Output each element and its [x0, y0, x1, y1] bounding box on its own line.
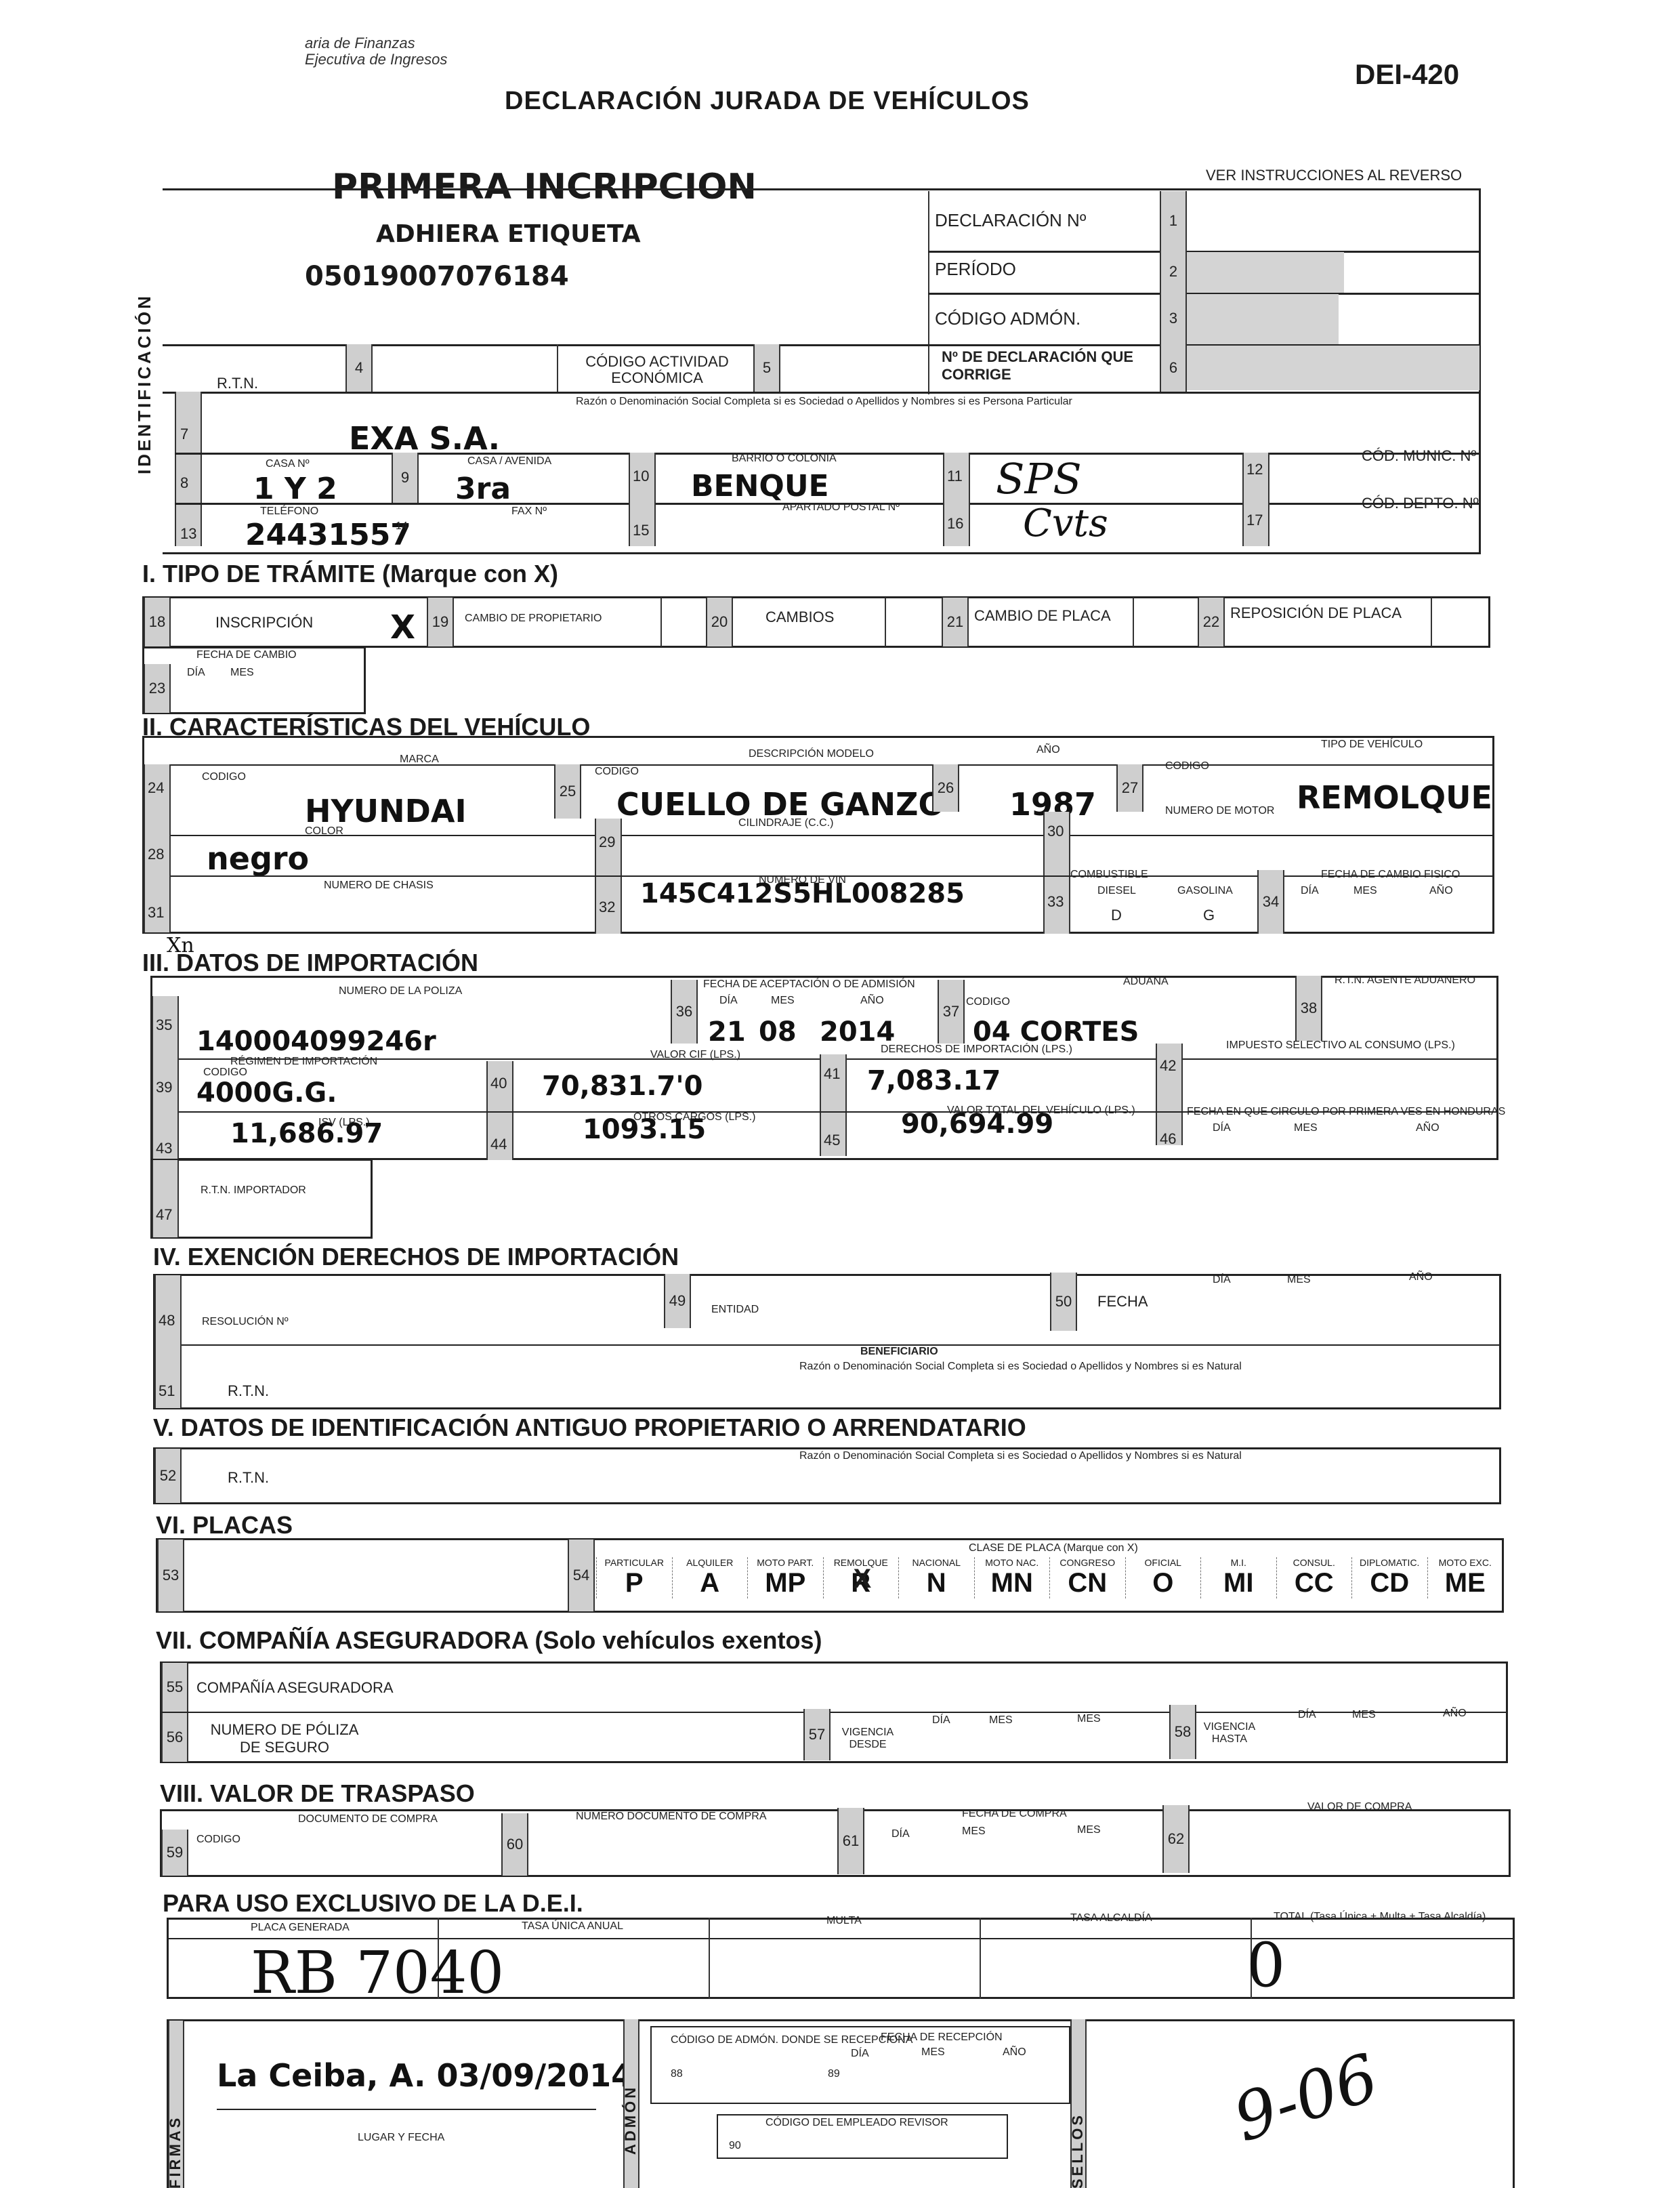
field-num-13: 13	[180, 525, 196, 543]
field-num-37: 37	[938, 980, 965, 1044]
field-num-35: 35	[156, 1016, 172, 1034]
modelo-header: DESCRIPCIÓN MODELO	[749, 748, 874, 760]
section-dei-title: PARA USO EXCLUSIVO DE LA D.E.I.	[163, 1889, 583, 1918]
field-num-4: 4	[345, 344, 373, 392]
hasta-anio: AÑO	[1443, 1708, 1467, 1720]
field-num-23: 23	[144, 664, 171, 713]
desde-anio: MES	[1077, 1713, 1101, 1725]
compra-mes: MES	[962, 1825, 986, 1838]
codigo-actividad-label: CÓDIGO ACTIVIDAD ECONÓMICA	[583, 354, 732, 386]
regimen-label: RÉGIMEN DE IMPORTACIÓN	[230, 1056, 377, 1068]
valor-compra-label: VALOR DE COMPRA	[1307, 1801, 1412, 1813]
periodo-label: PERÍODO	[935, 259, 1016, 280]
combustible-label: COMBUSTIBLE	[1070, 869, 1148, 881]
declaracion-label: DECLARACIÓN Nº	[935, 210, 1086, 231]
documento-compra-label: DOCUMENTO DE COMPRA	[298, 1813, 438, 1825]
field-num-10: 10	[633, 468, 649, 485]
page-title: DECLARACIÓN JURADA DE VEHÍCULOS	[505, 87, 1030, 116]
desde-mes: MES	[989, 1714, 1013, 1727]
placa-option-remolque[interactable]: REMOLQUERX	[823, 1557, 899, 1598]
field-num-21: 21	[942, 598, 969, 646]
field-num-12: 12	[1246, 461, 1263, 478]
field-num-90: 90	[729, 2140, 741, 2152]
field-num-50: 50	[1050, 1273, 1077, 1331]
aduana-label: ADUANA	[1123, 976, 1169, 988]
numero-poliza-seguro-label: NUMERO DE PÓLIZA DE SEGURO	[210, 1721, 359, 1756]
circulacion-anio: AÑO	[1416, 1122, 1440, 1134]
documento-codigo-label: CODIGO	[196, 1834, 240, 1846]
tipo-codigo-label: CODIGO	[1165, 760, 1209, 772]
field-num-61: 61	[837, 1808, 864, 1874]
section-antiguo-title: V. DATOS DE IDENTIFICACIÓN ANTIGUO PROPI…	[153, 1413, 1026, 1442]
org-line-2: Ejecutiva de Ingresos	[305, 51, 447, 68]
field-num-8: 8	[180, 474, 188, 492]
fecha-exencion-label: FECHA	[1097, 1293, 1148, 1310]
fecha-cambio-fisico-label: FECHA DE CAMBIO FISICO	[1321, 869, 1460, 881]
exencion-anio: AÑO	[1409, 1271, 1433, 1283]
placa-option-particular[interactable]: PARTICULARP	[596, 1557, 672, 1598]
admon-side-label: ADMÓN	[622, 2087, 639, 2155]
field-num-33: 33	[1047, 893, 1064, 911]
field-num-44: 44	[490, 1136, 507, 1153]
casa-avenida-label: CASA / AVENIDA	[467, 455, 551, 468]
gasolina-checkbox[interactable]: G	[1203, 907, 1215, 924]
tasa-unica-label: TASA ÚNICA ANUAL	[522, 1920, 623, 1933]
resolucion-label: RESOLUCIÓN Nº	[202, 1316, 289, 1328]
cod-depto-label: CÓD. DEPTO. Nº	[1362, 495, 1479, 512]
org-line-1: aria de Finanzas	[305, 35, 415, 51]
exencion-block	[153, 1274, 1501, 1409]
barrio-label: BARRIO O COLONIA	[732, 453, 837, 465]
color-value[interactable]: negro	[207, 840, 309, 877]
placa-option-consul[interactable]: CONSUL.CC	[1276, 1557, 1352, 1598]
placa-option-oficial[interactable]: OFICIALO	[1125, 1557, 1201, 1598]
casa-avenida-value[interactable]: 3ra	[455, 472, 511, 506]
instructions-note: VER INSTRUCCIONES AL REVERSO	[1206, 167, 1462, 184]
aduana-codigo-label: CODIGO	[966, 996, 1010, 1008]
field-num-32: 32	[599, 899, 615, 916]
fax-label: FAX Nº	[511, 505, 547, 518]
inscripcion-checkbox[interactable]: X	[390, 608, 415, 646]
codigo-admon-label: CÓDIGO ADMÓN.	[935, 308, 1080, 329]
placa-generada-label: PLACA GENERADA	[251, 1922, 350, 1934]
aceptacion-dia-value[interactable]: 21	[708, 1016, 746, 1048]
placa-option-diplomatic[interactable]: DIPLOMATIC.CD	[1351, 1557, 1427, 1598]
tipo-header: TIPO DE VEHÍCULO	[1321, 739, 1423, 751]
field-num-51: 51	[159, 1382, 175, 1400]
fecha-compra-label: FECHA DE COMPRA	[962, 1808, 1067, 1820]
field-num-1: 1	[1160, 191, 1187, 251]
field-num-56: 56	[161, 1713, 188, 1762]
codigo-admon-field[interactable]	[1187, 294, 1339, 344]
numero-documento-label: NUMERO DOCUMENTO DE COMPRA	[576, 1811, 767, 1823]
compra-dia: DÍA	[891, 1828, 910, 1840]
depto-handwritten[interactable]: Cvts	[1023, 501, 1108, 545]
field-num-18: 18	[144, 598, 171, 646]
hasta-mes: MES	[1352, 1709, 1376, 1721]
placa-option-congreso[interactable]: CONGRESOCN	[1049, 1557, 1125, 1598]
rtn-importador-box	[150, 1159, 373, 1239]
field-num-62: 62	[1162, 1805, 1190, 1873]
cambios-label: CAMBIOS	[765, 608, 834, 626]
field-num-58: 58	[1169, 1705, 1196, 1759]
section-exencion-title: IV. EXENCIÓN DERECHOS DE IMPORTACIÓN	[153, 1243, 679, 1271]
regimen-value[interactable]: 4000G.G.	[196, 1077, 337, 1109]
firmas-side-label: FIRMAS	[167, 2134, 184, 2188]
recepcion-dia: DÍA	[851, 2048, 869, 2060]
field-num-29: 29	[599, 833, 615, 851]
aceptacion-anio-label: AÑO	[860, 995, 884, 1007]
cambios-checkbox[interactable]	[885, 598, 886, 646]
field-num-48: 48	[159, 1312, 175, 1329]
desde-dia: DÍA	[932, 1714, 950, 1727]
hasta-dia: DÍA	[1298, 1709, 1316, 1721]
declaracion-corrige-field[interactable]	[1187, 346, 1479, 390]
field-num-2: 2	[1160, 251, 1187, 293]
ciudad-handwritten[interactable]: SPS	[996, 454, 1082, 503]
field-num-14: 14	[396, 520, 408, 533]
cod-munic-label: CÓD. MUNIC. Nº	[1362, 447, 1476, 465]
derechos-value[interactable]: 7,083.17	[867, 1065, 1001, 1096]
circulacion-mes: MES	[1294, 1122, 1318, 1134]
reposicion-placa-checkbox[interactable]	[1431, 598, 1432, 646]
primera-circulacion-label: FECHA EN QUE CIRCULO POR PRIMERA VES EN …	[1187, 1106, 1505, 1118]
field-num-19: 19	[427, 598, 454, 646]
valor-cif-label: VALOR CIF (LPS.)	[650, 1049, 740, 1061]
otros-cargos-value[interactable]: 1093.15	[583, 1114, 706, 1145]
recepcion-anio: AÑO	[1003, 2046, 1026, 2059]
vin-value[interactable]: 145C412S5HL008285	[640, 878, 965, 909]
isc-label: IMPUESTO SELECTIVO AL CONSUMO (LPS.)	[1226, 1039, 1455, 1052]
clase-placa-header: CLASE DE PLACA (Marque con X)	[969, 1542, 1138, 1554]
valor-total-value[interactable]: 90,694.99	[901, 1109, 1053, 1140]
razon-social-note: Razón o Denominación Social Completa si …	[576, 396, 1072, 408]
remolque-x-mark: X	[854, 1564, 872, 1594]
field-num-9: 9	[392, 453, 419, 503]
section-tramite-title: I. TIPO DE TRÁMITE (Marque con X)	[142, 560, 558, 588]
cambio-placa-label: CAMBIO DE PLACA	[974, 607, 1111, 625]
antiguo-note: Razón o Denominación Social Completa si …	[799, 1450, 1242, 1462]
placa-option-moto-nac[interactable]: MOTO NAC.MN	[974, 1557, 1050, 1598]
placa-option-nacional[interactable]: NACIONALN	[898, 1557, 974, 1598]
field-num-20: 20	[706, 598, 733, 646]
compra-anio: MES	[1077, 1824, 1101, 1836]
aceptacion-dia-label: DÍA	[719, 995, 738, 1007]
field-num-col	[175, 392, 202, 546]
rtn-importador-label: R.T.N. IMPORTADOR	[201, 1184, 306, 1197]
field-num-col-47	[152, 1160, 179, 1237]
section-traspaso-title: VIII. VALOR DE TRASPASO	[160, 1779, 475, 1808]
valor-cif-value[interactable]: 70,831.7'0	[542, 1071, 702, 1102]
gasolina-label: GASOLINA	[1177, 885, 1233, 897]
field-num-60: 60	[501, 1813, 528, 1876]
field-num-59: 59	[161, 1830, 188, 1876]
field-num-34: 34	[1257, 870, 1284, 934]
field-num-30: 30	[1047, 823, 1064, 840]
inscripcion-label: INSCRIPCIÓN	[215, 614, 313, 632]
codigo-admon-recepciona-label: CÓDIGO DE ADMÓN. DONDE SE RECEPCIONA	[671, 2034, 912, 2046]
field-num-7: 7	[180, 426, 188, 443]
placa-option-moto-exc[interactable]: MOTO EXC.ME	[1427, 1557, 1503, 1598]
anio-header: AÑO	[1036, 744, 1060, 756]
circulacion-dia: DÍA	[1213, 1122, 1231, 1134]
field-num-25: 25	[554, 764, 581, 819]
mes-label: MES	[230, 667, 254, 679]
field-num-3: 3	[1160, 293, 1187, 344]
cambio-fisico-anio: AÑO	[1429, 885, 1453, 897]
field-num-15: 15	[633, 522, 649, 539]
derechos-label: DERECHOS DE IMPORTACIÓN (LPS.)	[881, 1044, 1072, 1056]
diesel-checkbox[interactable]: D	[1111, 907, 1122, 924]
field-num-41: 41	[824, 1065, 840, 1083]
placa-option-mi[interactable]: M.I.MI	[1200, 1557, 1276, 1598]
field-num-54: 54	[568, 1540, 595, 1611]
cilindraje-label: CILINDRAJE (C.C.)	[738, 817, 833, 829]
telefono-label: TELÉFONO	[260, 505, 318, 518]
rtn-beneficiario-label: R.T.N.	[228, 1382, 269, 1400]
placa-generada-handwritten[interactable]: RB 7040	[251, 1939, 504, 2007]
placa-option-moto-part[interactable]: MOTO PART.MP	[747, 1557, 823, 1598]
field-num-57: 57	[803, 1709, 831, 1760]
aceptacion-mes-label: MES	[771, 995, 795, 1007]
rtn-label: R.T.N.	[217, 375, 258, 392]
field-num-45: 45	[824, 1132, 840, 1149]
field-num-40: 40	[490, 1075, 507, 1092]
entidad-label: ENTIDAD	[711, 1304, 759, 1316]
field-num-88: 88	[671, 2068, 683, 2080]
recepcion-mes: MES	[921, 2046, 945, 2059]
casa-value[interactable]: 1 Y 2	[253, 472, 337, 506]
field-num-24: 24	[148, 779, 164, 797]
field-num-26: 26	[932, 764, 959, 812]
cambio-placa-checkbox[interactable]	[1133, 598, 1134, 646]
total-label: TOTAL (Tasa Única + Multa + Tasa Alcaldí…	[1274, 1911, 1486, 1923]
exencion-dia: DÍA	[1213, 1274, 1231, 1286]
poliza-value[interactable]: 140004099246r	[196, 1026, 436, 1057]
field-num-6: 6	[1160, 344, 1187, 392]
vigencia-desde-label: VIGENCIA DESDE	[837, 1727, 898, 1751]
field-num-31: 31	[148, 904, 164, 922]
tipo-vehiculo-value[interactable]: REMOLQUE	[1297, 779, 1492, 816]
field-num-55: 55	[161, 1663, 188, 1712]
poliza-label: NUMERO DE LA POLIZA	[339, 985, 462, 997]
sellos-side-label: SELLOS	[1069, 2121, 1087, 2188]
tasa-alcaldia-label: TASA ALCALDÍA	[1070, 1912, 1152, 1924]
modelo-codigo-label: CODIGO	[595, 766, 639, 778]
telefono-value[interactable]: 24431557	[245, 518, 411, 552]
field-num-38: 38	[1295, 976, 1322, 1041]
cambio-fisico-mes: MES	[1353, 885, 1377, 897]
field-num-27: 27	[1116, 764, 1143, 812]
marca-value[interactable]: HYUNDAI	[305, 793, 467, 829]
aceptacion-mes-value[interactable]: 08	[759, 1016, 797, 1048]
razon-social-value[interactable]: EXA S.A.	[349, 420, 500, 457]
fecha-recepcion-label: FECHA DE RECEPCIÓN	[881, 2031, 1003, 2044]
rtn-agente-label: R.T.N. AGENTE ADUANERO	[1335, 974, 1475, 987]
reposicion-placa-label: REPOSICIÓN DE PLACA	[1230, 604, 1402, 622]
field-num-46: 46	[1160, 1130, 1176, 1148]
lugar-fecha-label: LUGAR Y FECHA	[358, 2132, 444, 2144]
field-num-5: 5	[753, 344, 780, 392]
field-num-43: 43	[156, 1140, 172, 1157]
fecha-aceptacion-label: FECHA DE ACEPTACIÓN O DE ADMISIÓN	[703, 978, 915, 991]
declaracion-corrige-label: Nº DE DECLARACIÓN QUE CORRIGE	[942, 348, 1145, 384]
field-num-89: 89	[828, 2068, 840, 2080]
section-aseguradora-title: VII. COMPAÑÍA ASEGURADORA (Solo vehículo…	[156, 1626, 822, 1655]
dia-label: DÍA	[187, 667, 205, 679]
isv-value[interactable]: 11,686.97	[230, 1118, 383, 1149]
section-importacion-title: III. DATOS DE IMPORTACIÓN	[142, 949, 478, 977]
section-placas-title: VI. PLACAS	[156, 1511, 293, 1540]
cambio-fisico-dia: DÍA	[1301, 885, 1319, 897]
form-code: DEI-420	[1355, 58, 1459, 91]
field-num-11: 11	[947, 468, 963, 485]
field-num-17: 17	[1246, 512, 1263, 529]
vigencia-hasta-label: VIGENCIA HASTA	[1199, 1721, 1260, 1746]
field-num-36: 36	[671, 980, 698, 1044]
field-num-42: 42	[1160, 1057, 1176, 1075]
multa-label: MULTA	[826, 1915, 862, 1927]
field-num-28: 28	[148, 846, 164, 863]
field-num-39: 39	[156, 1079, 172, 1096]
field-num-49: 49	[664, 1274, 691, 1328]
marca-codigo-label: CODIGO	[202, 771, 246, 783]
total-handwritten[interactable]: 0	[1246, 1930, 1285, 2001]
beneficiario-note: Razón o Denominación Social Completa si …	[799, 1361, 1242, 1373]
rtn-antiguo-label: R.T.N.	[228, 1469, 269, 1487]
compania-label: COMPAÑÍA ASEGURADORA	[196, 1679, 394, 1697]
diesel-label: DIESEL	[1097, 885, 1136, 897]
field-num-53: 53	[157, 1540, 184, 1611]
empleado-revisor-label: CÓDIGO DEL EMPLEADO REVISOR	[765, 2117, 948, 2129]
chasis-label: NUMERO DE CHASIS	[324, 880, 434, 892]
lugar-fecha-value[interactable]: La Ceiba, A. 03/09/2014	[217, 2057, 633, 2094]
casa-label: CASA Nº	[266, 458, 310, 470]
identificacion-side-label: IDENTIFICACIÓN	[134, 298, 155, 474]
field-num-52: 52	[154, 1449, 182, 1503]
placa-option-alquiler[interactable]: ALQUILERA	[672, 1557, 748, 1598]
field-num-16: 16	[947, 515, 963, 533]
placa-options: PARTICULARP ALQUILERA MOTO PART.MP REMOL…	[596, 1557, 1503, 1598]
fecha-cambio-label: FECHA DE CAMBIO	[196, 649, 297, 661]
cambio-propietario-label: CAMBIO DE PROPIETARIO	[465, 613, 602, 625]
motor-label: NUMERO DE MOTOR	[1165, 805, 1274, 817]
beneficiario-label: BENEFICIARIO	[860, 1346, 938, 1358]
cambio-propietario-checkbox[interactable]	[660, 598, 662, 646]
color-label: COLOR	[305, 825, 343, 838]
field-num-22: 22	[1198, 598, 1225, 646]
periodo-field[interactable]	[1187, 252, 1344, 293]
field-num-47: 47	[156, 1206, 172, 1224]
exencion-mes: MES	[1287, 1274, 1311, 1286]
apartado-label: APARTADO POSTAL Nº	[782, 501, 900, 514]
barrio-value[interactable]: BENQUE	[691, 469, 829, 503]
